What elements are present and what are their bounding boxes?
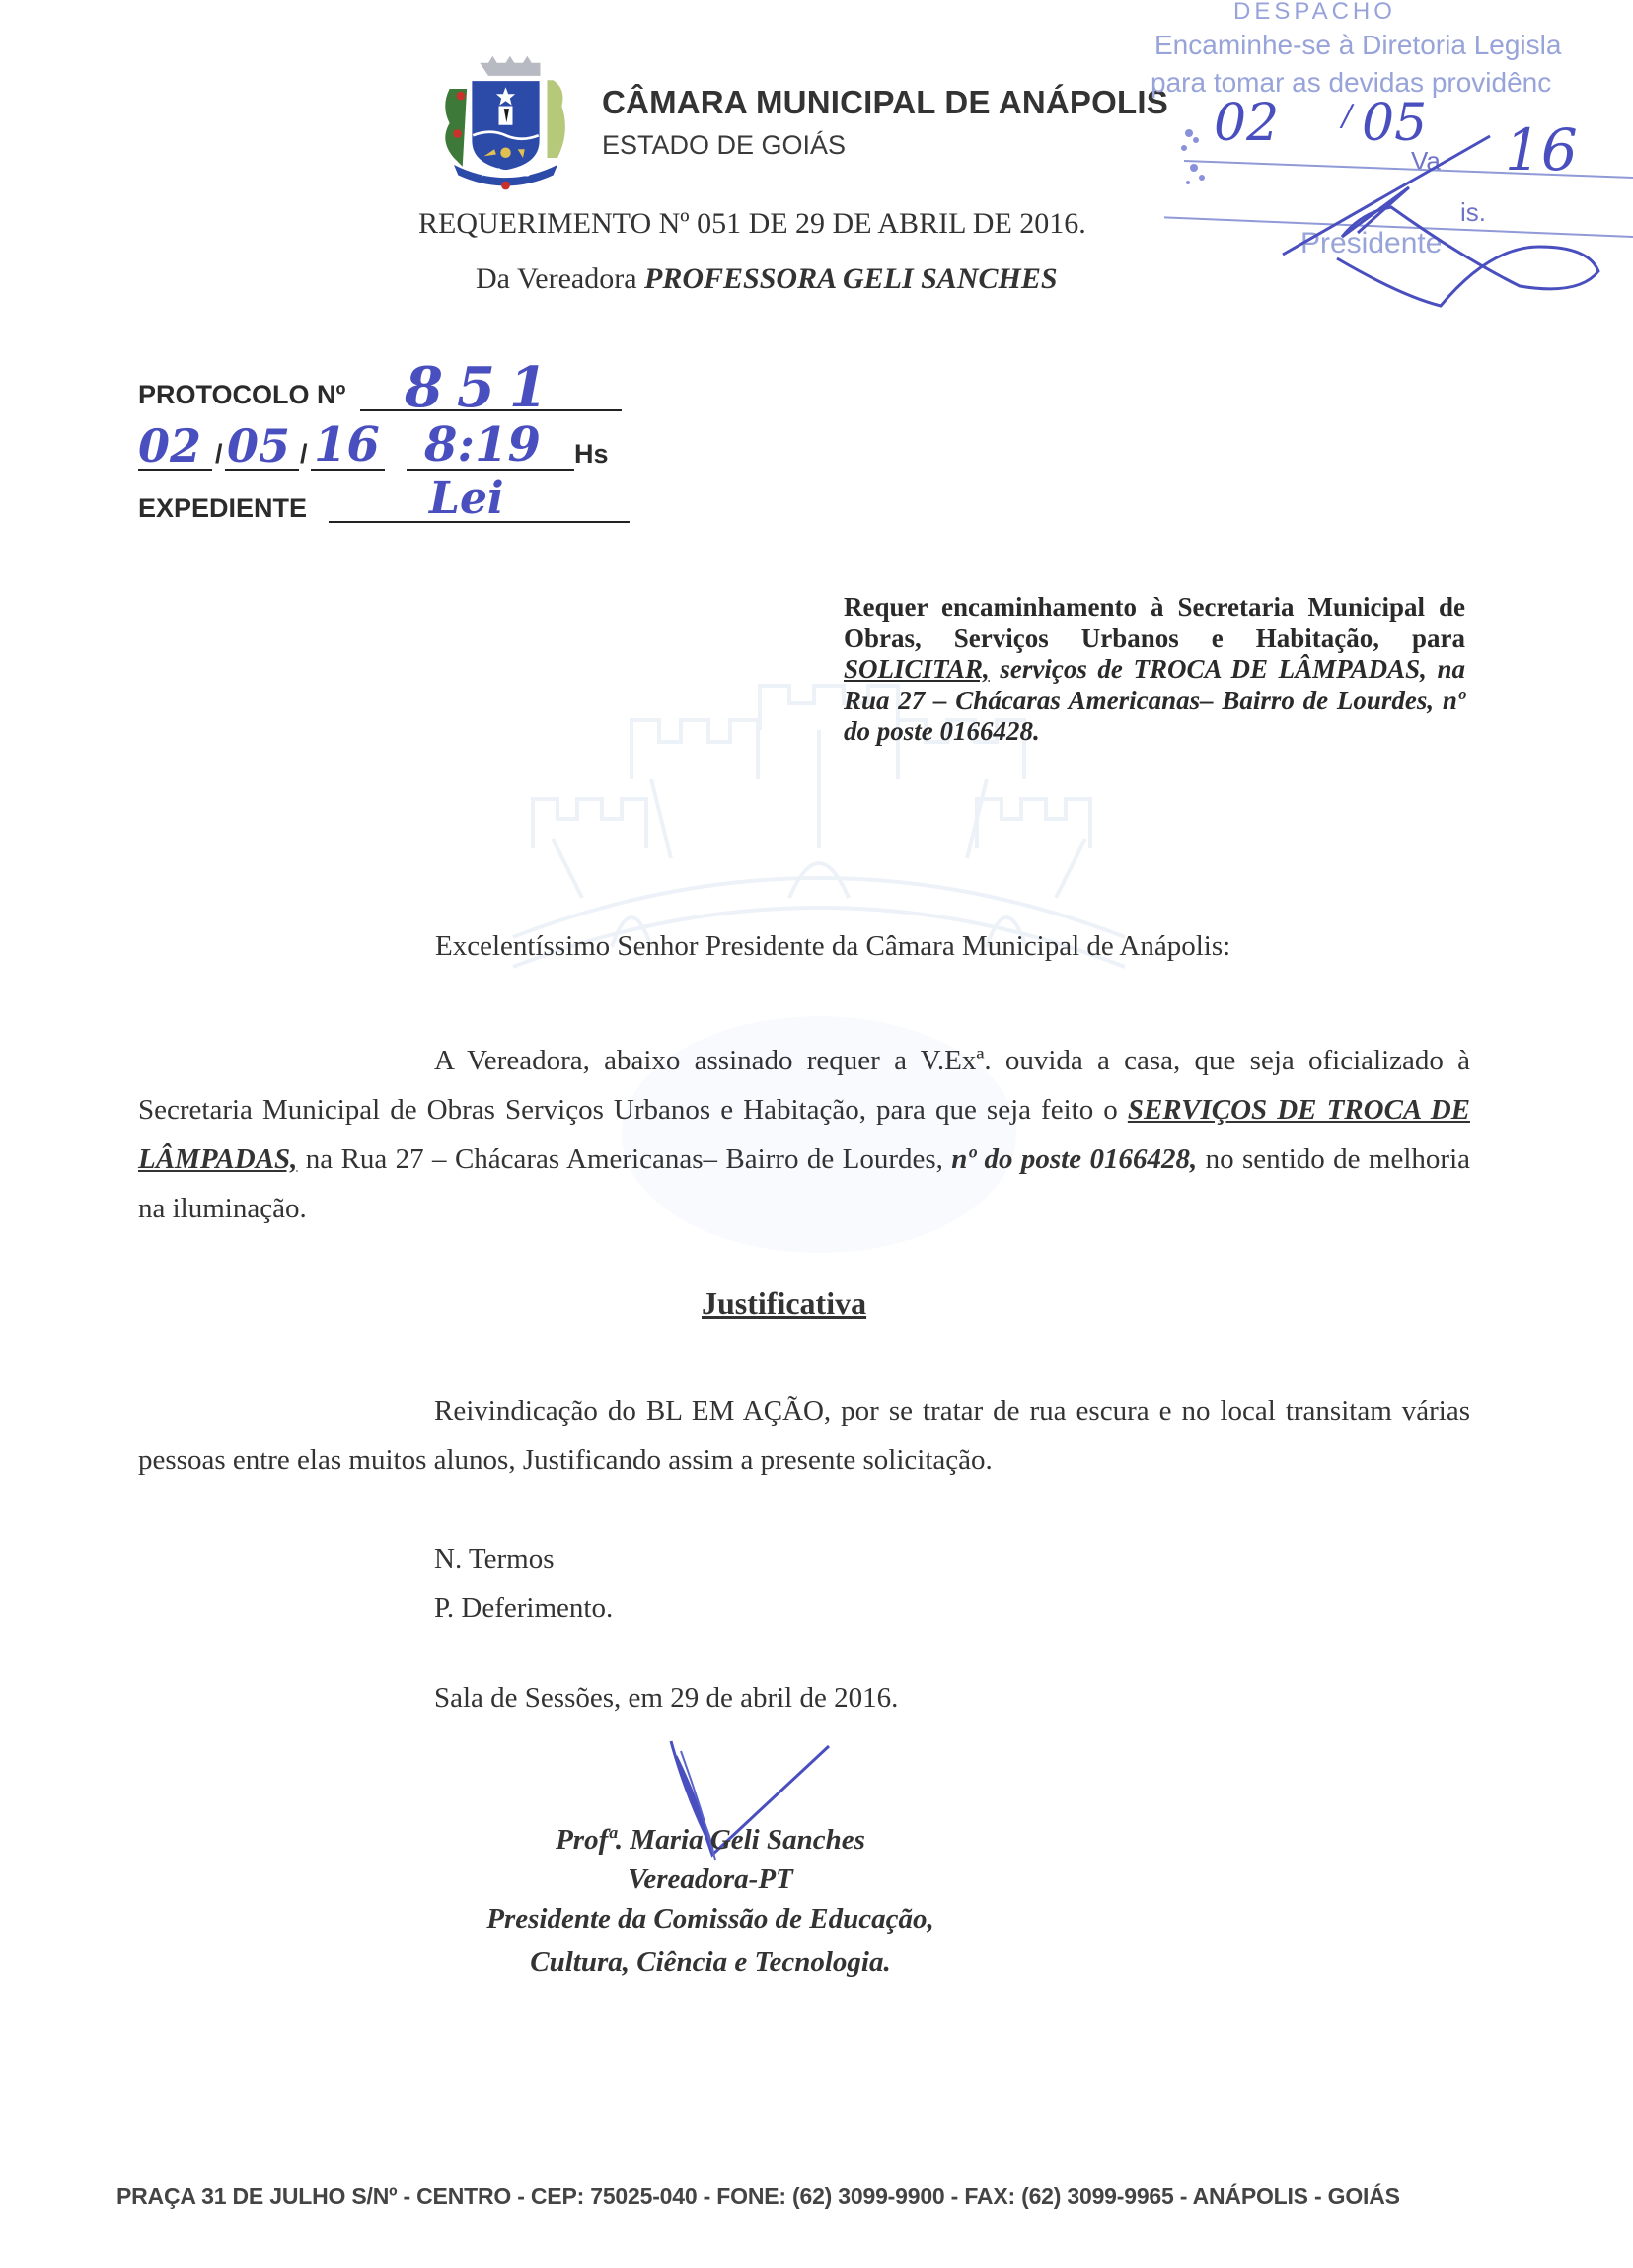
place-and-date: Sala de Sessões, em 29 de abril de 2016. (434, 1682, 898, 1715)
crest-label: ANÁPOLIS (482, 168, 531, 179)
author-prefix: Da Vereadora (476, 262, 637, 295)
protocol-time-suffix: Hs (574, 439, 609, 470)
protocol-number: 851 (405, 355, 561, 420)
protocol-date-month: 05 (227, 419, 290, 473)
justification-heading: Justificativa (702, 1285, 866, 1322)
pole-number: nº do poste 0166428, (951, 1143, 1197, 1175)
protocol-label: PROTOCOLO Nº (138, 380, 345, 410)
signer-position-2: Cultura, Ciência e Tecnologia. (414, 1942, 1006, 1982)
protocol-block: PROTOCOLO Nº 851 02 / 05 / 16 8:19 Hs EX… (138, 370, 631, 538)
signer-position-1: Presidente da Comissão de Educação, (414, 1899, 1006, 1939)
salutation: Excelentíssimo Senhor Presidente da Câma… (435, 930, 1230, 963)
organization-state: ESTADO DE GOIÁS (602, 130, 846, 161)
request-title: REQUERIMENTO Nº 051 DE 29 DE ABRIL DE 20… (418, 207, 1086, 241)
signature-block: Profª. Maria Geli Sanches Vereadora-PT P… (414, 1820, 1006, 1982)
author-name: PROFESSORA GELI SANCHES (644, 262, 1058, 295)
coat-of-arms-icon: ANÁPOLIS (424, 54, 587, 192)
dispatch-stamp: DESPACHO Encaminhe-se à Diretoria Legisl… (1164, 0, 1633, 316)
protocol-date-year: 16 (314, 417, 380, 473)
justification-paragraph: Reivindicação do BL EM AÇÃO, por se trat… (138, 1386, 1470, 1485)
signer-role: Vereadora-PT (414, 1860, 1006, 1899)
request-summary: Requer encaminhamento à Secretaria Munic… (844, 592, 1465, 748)
stamp-signature-icon (1164, 0, 1633, 316)
closing-formula: N. Termos P. Deferimento. (434, 1534, 613, 1633)
protocol-time: 8:19 (424, 417, 541, 473)
solicitar-emphasis: SOLICITAR, (844, 654, 990, 684)
protocol-date-day: 02 (138, 419, 201, 473)
closing-line-2: P. Deferimento. (434, 1583, 613, 1633)
request-body-paragraph: A Vereadora, abaixo assinado requer a V.… (138, 1036, 1470, 1233)
closing-line-1: N. Termos (434, 1534, 613, 1583)
footer-address: PRAÇA 31 DE JULHO S/Nº - CENTRO - CEP: 7… (116, 2183, 1400, 2210)
signer-name: Profª. Maria Geli Sanches (414, 1820, 1006, 1860)
expediente-label: EXPEDIENTE (138, 493, 307, 524)
request-author: Da Vereadora PROFESSORA GELI SANCHES (476, 262, 1058, 296)
expediente-initials: Lei (429, 474, 504, 524)
organization-name: CÂMARA MUNICIPAL DE ANÁPOLIS (602, 84, 1168, 121)
